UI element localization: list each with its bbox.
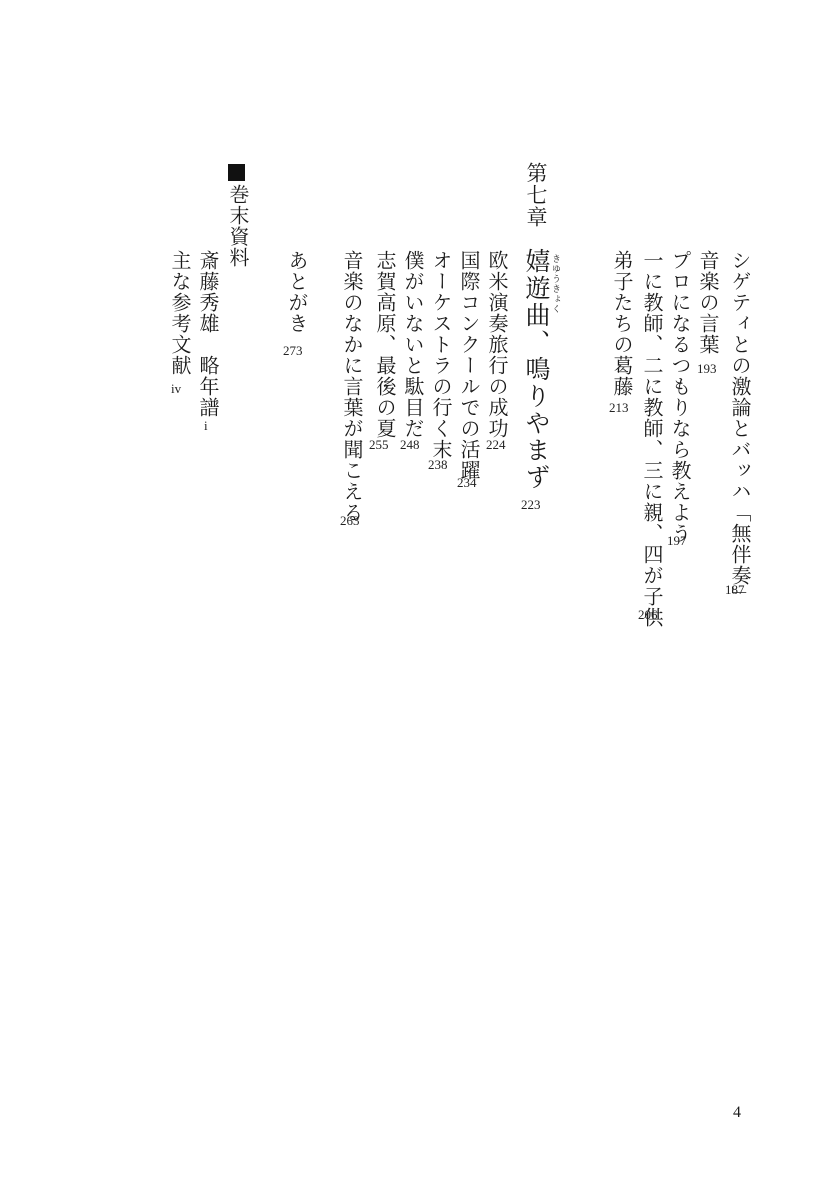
toc-section-page: 224: [486, 437, 506, 453]
toc-section-title: 欧米演奏旅行の成功: [485, 250, 509, 439]
toc-entry-title: シゲティとの激論とバッハ「無伴奏」: [728, 250, 752, 607]
appendix-item-page: iv: [171, 381, 181, 397]
toc-entry-page: 193: [697, 361, 717, 377]
chapter-page: 223: [521, 497, 541, 513]
toc-entry-page: 206: [638, 607, 658, 623]
toc-entry-page: 187: [725, 582, 745, 598]
afterword-page: 273: [283, 343, 303, 359]
toc-entry-page: 197: [667, 533, 687, 549]
appendix-item-title: 主な参考文献: [168, 250, 192, 376]
chapter-title-ruby: きゆうきょく: [550, 254, 560, 314]
toc-section-title: 国際コンクールでの活躍: [457, 250, 481, 481]
chapter-label: 第七章: [524, 162, 548, 228]
toc-section-page: 255: [369, 437, 389, 453]
appendix-heading: 巻末資料: [226, 184, 250, 268]
toc-section-page: 248: [400, 437, 420, 453]
toc-section-page: 234: [457, 475, 477, 491]
afterword-title: あとがき: [285, 250, 309, 334]
toc-entry-title: プロになるつもりなら教えよう: [668, 250, 692, 544]
chapter-title: 嬉遊曲、鳴りやまず: [521, 248, 551, 491]
toc-section-title: 僕がいないと駄目だ: [401, 250, 425, 439]
square-bullet-icon: [228, 164, 245, 185]
toc-entry-title: 一に教師、二に教師、三に親、四が子供: [640, 250, 664, 628]
appendix-item-title: 斎藤秀雄 略年譜: [196, 250, 220, 418]
toc-section-title: 志賀高原、最後の夏: [373, 250, 397, 439]
toc-section-title: オーケストラの行く末: [429, 250, 453, 460]
toc-entry-title: 弟子たちの葛藤: [610, 250, 634, 397]
appendix-item-page: i: [204, 418, 208, 434]
toc-section-title: 音楽のなかに言葉が聞こえる: [340, 250, 364, 523]
toc-section-page: 238: [428, 457, 448, 473]
page-number: 4: [733, 1104, 741, 1122]
toc-entry-title: 音楽の言葉: [696, 250, 720, 355]
toc-entry-page: 213: [609, 400, 629, 416]
toc-section-page: 263: [340, 513, 360, 529]
